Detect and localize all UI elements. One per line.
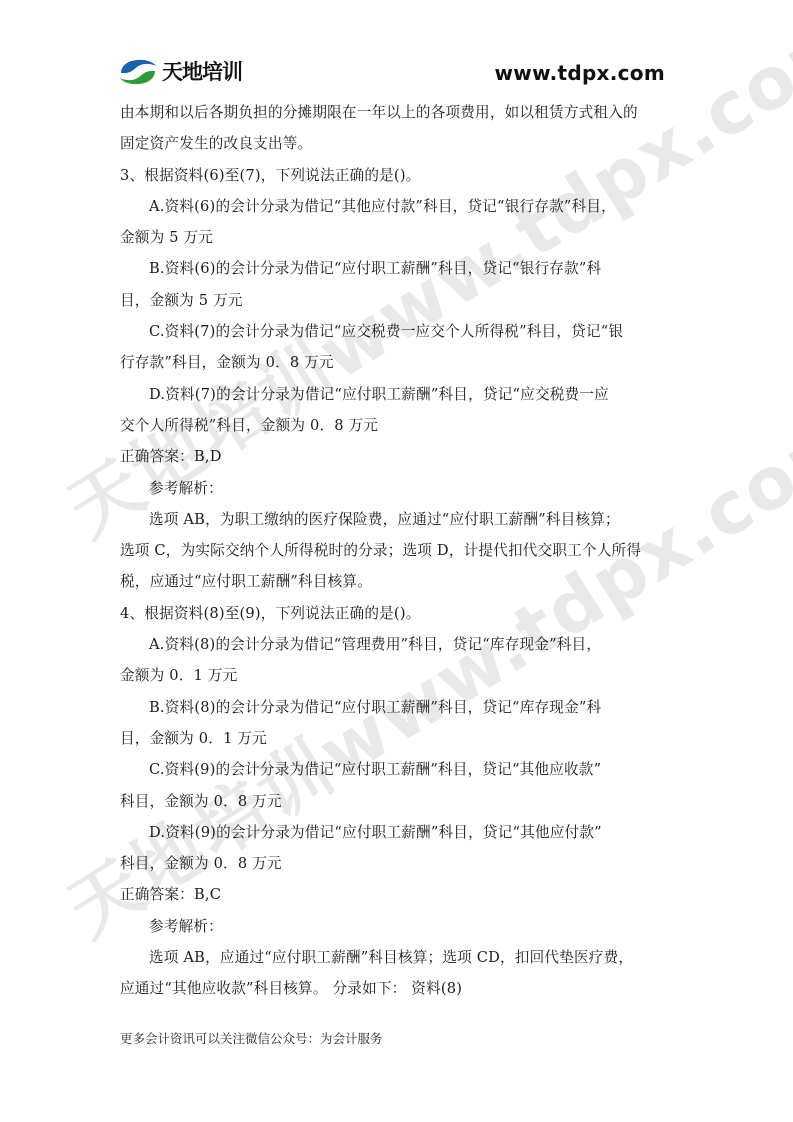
text-line: 目，金额为 0．1 万元 [120, 723, 676, 754]
option-d: D.资料(9)的会计分录为借记“应付职工薪酬”科目，贷记“其他应付款” [120, 817, 676, 848]
document-page: 天地培训www.tdpx.com 天地培训www.tdpx.com 天地培训 w… [0, 0, 793, 1122]
text-line: 行存款”科目，金额为 0．8 万元 [120, 347, 676, 378]
analysis-label: 参考解析： [120, 473, 676, 504]
text-line: 由本期和以后各期负担的分摊期限在一年以上的各项费用，如以租赁方式租入的 [120, 97, 676, 128]
analysis-label: 参考解析： [120, 911, 676, 942]
text-line: 目，金额为 5 万元 [120, 285, 676, 316]
analysis-text: 选项 AB，为职工缴纳的医疗保险费，应通过“应付职工薪酬”科目核算； [120, 504, 676, 535]
text-line: 科目，金额为 0．8 万元 [120, 848, 676, 879]
analysis-text: 应通过“其他应收款”科目核算。 分录如下： 资料(8) [120, 973, 676, 1004]
document-body: 由本期和以后各期负担的分摊期限在一年以上的各项费用，如以租赁方式租入的 固定资产… [120, 97, 676, 1005]
text-line: 科目，金额为 0．8 万元 [120, 786, 676, 817]
option-a: A.资料(8)的会计分录为借记“管理费用”科目，贷记“库存现金”科目， [120, 629, 676, 660]
text-line: 金额为 0．1 万元 [120, 660, 676, 691]
brand-name: 天地培训 [162, 58, 242, 86]
text-line: 金额为 5 万元 [120, 222, 676, 253]
page-footer: 更多会计资讯可以关注微信公众号：为会计服务 [120, 1030, 383, 1048]
option-a: A.资料(6)的会计分录为借记“其他应付款”科目，贷记“银行存款”科目， [120, 191, 676, 222]
analysis-text: 选项 C，为实际交纳个人所得税时的分录；选项 D，计提代扣代交职工个人所得 [120, 535, 676, 566]
option-c: C.资料(7)的会计分录为借记“应交税费一应交个人所得税”科目，贷记“银 [120, 316, 676, 347]
brand-logo: 天地培训 [118, 58, 242, 86]
option-b: B.资料(6)的会计分录为借记“应付职工薪酬”科目，贷记“银行存款”科 [120, 253, 676, 284]
analysis-text: 税，应通过“应付职工薪酬”科目核算。 [120, 566, 676, 597]
analysis-text: 选项 AB，应通过“应付职工薪酬”科目核算；选项 CD，扣回代垫医疗费， [120, 942, 676, 973]
site-url: www.tdpx.com [495, 60, 665, 86]
correct-answer: 正确答案：B,C [120, 879, 676, 910]
text-line: 交个人所得税”科目，金额为 0．8 万元 [120, 410, 676, 441]
option-c: C.资料(9)的会计分录为借记“应付职工薪酬”科目，贷记“其他应收款” [120, 754, 676, 785]
option-b: B.资料(8)的会计分录为借记“应付职工薪酬”科目，贷记“库存现金”科 [120, 692, 676, 723]
tdpx-swoosh-logo-icon [118, 58, 158, 86]
question-4-title: 4、根据资料(8)至(9)，下列说法正确的是()。 [120, 598, 676, 629]
correct-answer: 正确答案：B,D [120, 441, 676, 472]
option-d: D.资料(7)的会计分录为借记“应付职工薪酬”科目，贷记“应交税费一应 [120, 379, 676, 410]
text-line: 固定资产发生的改良支出等。 [120, 128, 676, 159]
question-3-title: 3、根据资料(6)至(7)，下列说法正确的是()。 [120, 160, 676, 191]
